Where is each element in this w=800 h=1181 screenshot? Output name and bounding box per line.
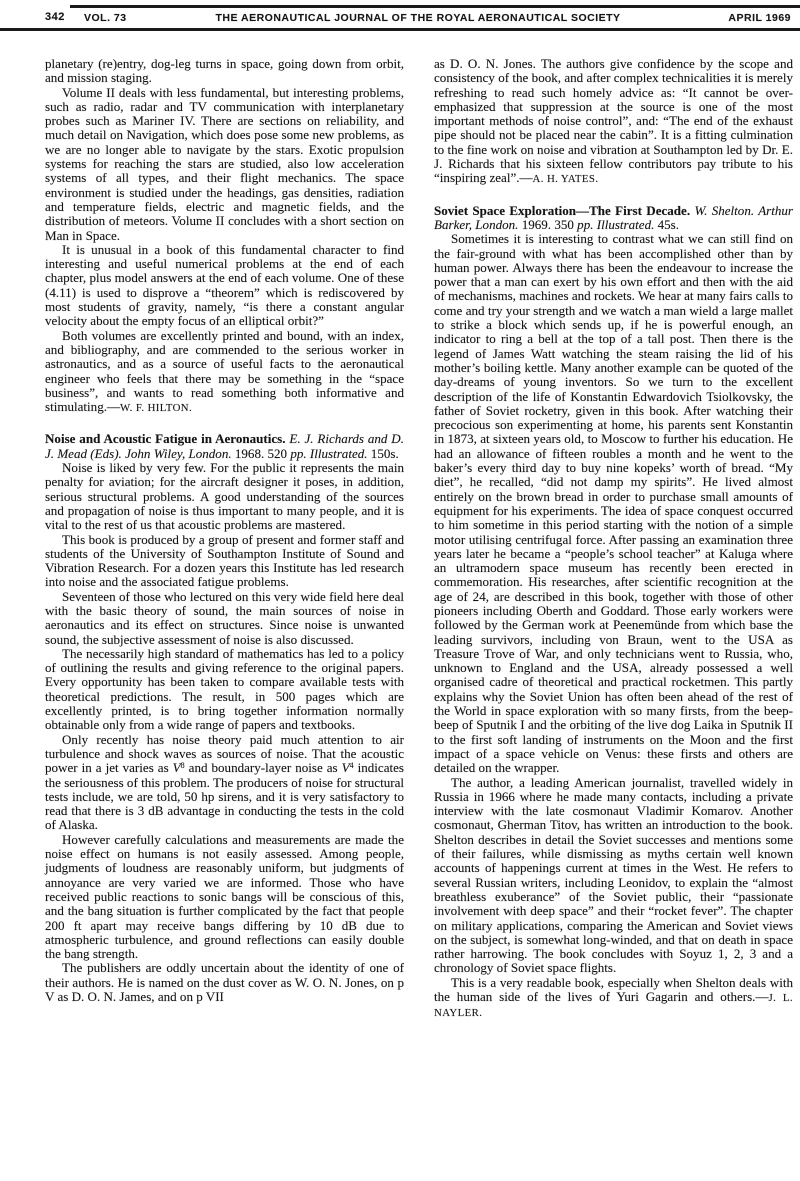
book-review-heading: Noise and Acoustic Fatigue in Aeronautic…: [45, 432, 404, 461]
journal-title: THE AERONAUTICAL JOURNAL OF THE ROYAL AE…: [45, 12, 791, 24]
book-edition: 1969. 350: [518, 217, 577, 232]
reviewer-signature: A. H. YATES.: [533, 173, 599, 185]
paragraph: The necessarily high standard of mathema…: [45, 647, 404, 733]
header-double-rule: [0, 28, 800, 31]
paragraph: The author, a leading American journalis…: [434, 776, 793, 976]
paragraph: Seventeen of those who lectured on this …: [45, 590, 404, 647]
book-title: Noise and Acoustic Fatigue in Aeronautic…: [45, 431, 286, 446]
issue-date: APRIL 1969: [728, 12, 791, 24]
header-top-rule: [70, 5, 800, 8]
paragraph-with-signature: Both volumes are excellently printed and…: [45, 329, 404, 416]
velocity-symbol: V: [342, 760, 350, 775]
book-illustrated: pp. Illustrated.: [577, 217, 654, 232]
paragraph-with-formula: Only recently has noise theory paid much…: [45, 733, 404, 833]
book-review-heading: Soviet Space Exploration—The First Decad…: [434, 204, 793, 233]
paragraph-continuation: planetary (re)entry, dog-leg turns in sp…: [45, 57, 404, 86]
paragraph: The publishers are oddly uncertain about…: [45, 961, 404, 1004]
journal-page: 342 VOL. 73 THE AERONAUTICAL JOURNAL OF …: [0, 0, 800, 1181]
reviewer-signature: W. F. HILTON.: [120, 402, 192, 414]
paragraph: Volume II deals with less fundamental, b…: [45, 86, 404, 243]
book-price: 150s.: [368, 446, 399, 461]
paragraph: However carefully calculations and measu…: [45, 833, 404, 962]
paragraph: It is unusual in a book of this fundamen…: [45, 243, 404, 329]
paragraph-text: Both volumes are excellently printed and…: [45, 328, 404, 414]
right-column: as D. O. N. Jones. The authors give conf…: [434, 57, 793, 1021]
paragraph-continuation-with-signature: as D. O. N. Jones. The authors give conf…: [434, 57, 793, 187]
left-column: planetary (re)entry, dog-leg turns in sp…: [45, 57, 404, 1021]
paragraph: This book is produced by a group of pres…: [45, 533, 404, 590]
paragraph: Noise is liked by very few. For the publ…: [45, 461, 404, 532]
book-illustrated: pp. Illustrated.: [290, 446, 367, 461]
velocity-symbol: V: [173, 760, 181, 775]
paragraph-text: and boundary-layer noise as: [185, 760, 342, 775]
page-header: 342 VOL. 73 THE AERONAUTICAL JOURNAL OF …: [45, 11, 791, 26]
book-price: 45s.: [654, 217, 679, 232]
paragraph-text: This is a very readable book, especially…: [434, 975, 793, 1004]
book-edition: 1968. 520: [232, 446, 291, 461]
paragraph-with-signature: This is a very readable book, especially…: [434, 976, 793, 1021]
paragraph: Sometimes it is interesting to contrast …: [434, 232, 793, 775]
paragraph-text: as D. O. N. Jones. The authors give conf…: [434, 56, 793, 185]
book-title: Soviet Space Exploration—The First Decad…: [434, 203, 690, 218]
page-body: planetary (re)entry, dog-leg turns in sp…: [45, 57, 793, 1021]
